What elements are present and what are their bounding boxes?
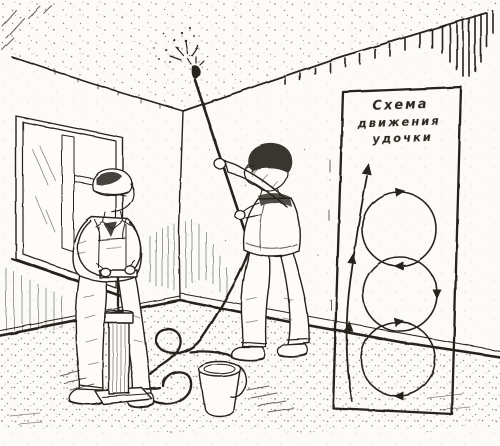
pump-cylinder (109, 322, 129, 394)
scheme-title-line-3: удочки (372, 130, 433, 146)
left-hand (100, 268, 110, 276)
eye (251, 170, 253, 172)
scheme-title-line-1: Схема (372, 97, 429, 114)
right-hand (125, 266, 135, 274)
lower-hand-on-lance (235, 211, 245, 220)
scheme-title-line-2: движения (356, 114, 441, 131)
pump-cap (105, 313, 133, 323)
illustration-page: Схема движения удочки (0, 0, 500, 446)
upper-hand-on-lance (215, 159, 226, 169)
illustration-canvas: Схема движения удочки (0, 0, 500, 446)
